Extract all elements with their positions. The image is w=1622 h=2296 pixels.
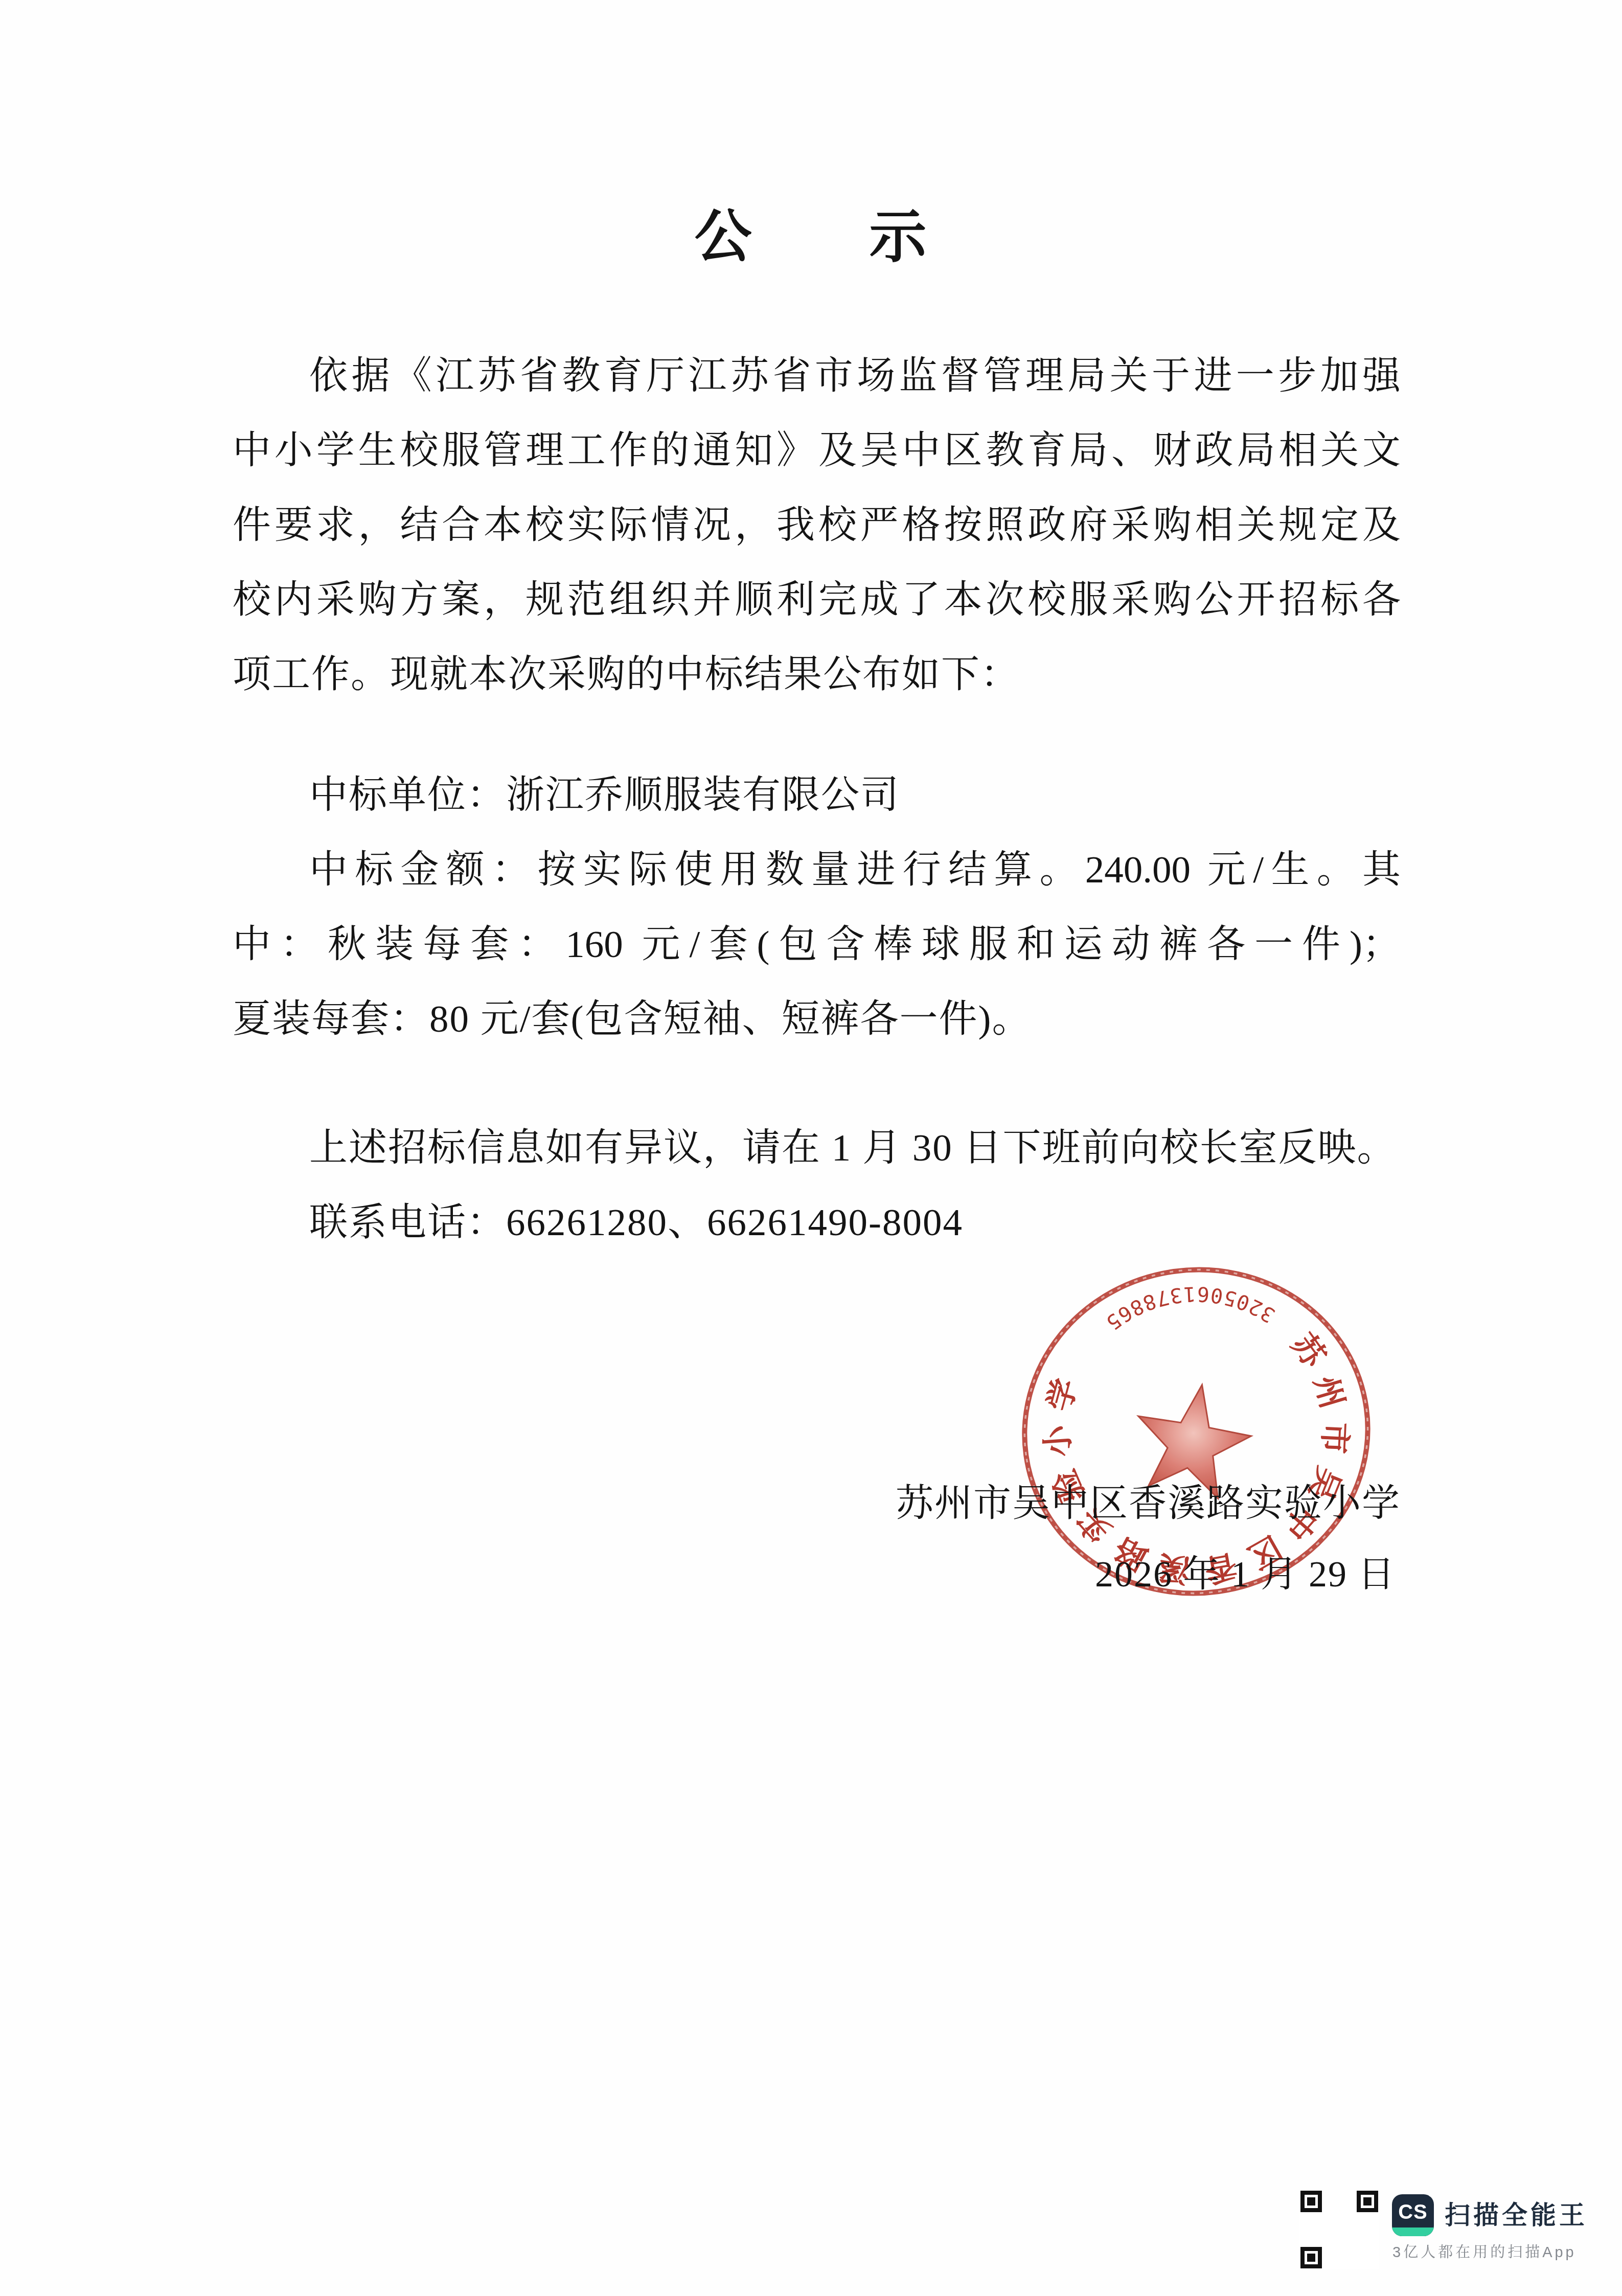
- official-seal: 苏州市吴中区香溪路实验小学 3205061378865: [1017, 1263, 1375, 1600]
- document-date: 2026 年 1 月 29 日: [1095, 1552, 1396, 1596]
- paragraph-bid-result: 中标单位：浙江乔顺服装有限公司 中标金额：按实际使用数量进行结算。240.00 …: [233, 758, 1401, 1057]
- scanned-document-page: 公 示 依据《江苏省教育厅江苏省市场监督管理局关于进一步加强 中小学生校服管理工…: [0, 0, 1622, 2296]
- body-line: 上述招标信息如有异议，请在 1 月 30 日下班前向校长室反映。: [233, 1111, 1401, 1186]
- body-line: 中标金额：按实际使用数量进行结算。240.00 元/生。其: [233, 833, 1401, 907]
- seal-code-text: 3205061378865: [1099, 1269, 1282, 1350]
- paragraph-intro: 依据《江苏省教育厅江苏省市场监督管理局关于进一步加强 中小学生校服管理工作的通知…: [233, 339, 1401, 712]
- signature-school-name: 苏州市吴中区香溪路实验小学: [896, 1482, 1401, 1526]
- qr-finder-icon: [1300, 2191, 1322, 2212]
- cs-icon-teal-strip: [1392, 2227, 1434, 2236]
- body-line: 夏装每套：80 元/套(包含短袖、短裤各一件)。: [233, 982, 1401, 1057]
- paragraph-contact: 上述招标信息如有异议，请在 1 月 30 日下班前向校长室反映。 联系电话：66…: [233, 1111, 1401, 1260]
- body-line: 校内采购方案，规范组织并顺利完成了本次校服采购公开招标各: [233, 563, 1401, 638]
- cs-logo-letters: CS: [1392, 2197, 1434, 2227]
- body-line: 中小学生校服管理工作的通知》及吴中区教育局、财政局相关文: [233, 414, 1401, 488]
- camscanner-app-icon: CS: [1392, 2194, 1434, 2236]
- page-title: 公 示: [0, 204, 1622, 271]
- qr-code: [1299, 2190, 1379, 2269]
- scanner-app-tagline: 3亿人都在用的扫描App: [1392, 2242, 1577, 2263]
- body-line: 中标单位：浙江乔顺服装有限公司: [233, 758, 1401, 833]
- body-line: 项工作。现就本次采购的中标结果公布如下：: [233, 638, 1401, 712]
- body-line: 件要求，结合本校实际情况，我校严格按照政府采购相关规定及: [233, 488, 1401, 563]
- body-line: 联系电话：66261280、66261490-8004: [233, 1186, 1401, 1260]
- qr-finder-icon: [1357, 2191, 1378, 2212]
- qr-finder-icon: [1300, 2247, 1322, 2268]
- scanner-app-name: 扫描全能王: [1445, 2197, 1588, 2234]
- body-line: 中：秋装每套：160 元/套(包含棒球服和运动裤各一件)；: [233, 907, 1401, 982]
- body-line: 依据《江苏省教育厅江苏省市场监督管理局关于进一步加强: [233, 339, 1401, 414]
